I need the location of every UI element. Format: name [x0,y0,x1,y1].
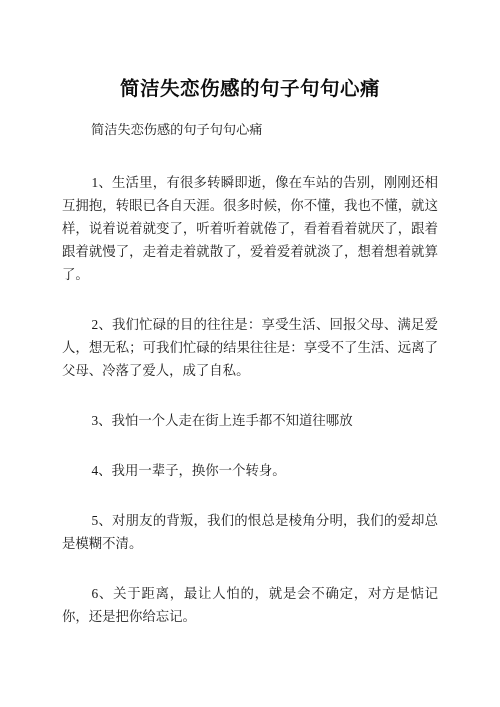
paragraph-3: 3、我怕一个人走在街上连手都不知道往哪放 [62,409,438,432]
page-title: 简洁失恋伤感的句子句句心痛 [62,76,438,102]
document-body: 1、生活里，有很多转瞬即逝，像在车站的告别，刚刚还相互拥抱，转眼已各自天涯。很多… [62,171,438,628]
paragraph-5: 5、对朋友的背叛，我们的恨总是棱角分明，我们的爱却总是模糊不清。 [62,509,438,555]
paragraph-1: 1、生活里，有很多转瞬即逝，像在车站的告别，刚刚还相互拥抱，转眼已各自天涯。很多… [62,171,438,286]
paragraph-4: 4、我用一辈子，换你一个转身。 [62,459,438,482]
document-page: 简洁失恋伤感的句子句句心痛 简洁失恋伤感的句子句句心痛 1、生活里，有很多转瞬即… [0,0,500,707]
paragraph-2: 2、我们忙碌的目的往往是：享受生活、回报父母、满足爱人，想无私；可我们忙碌的结果… [62,313,438,382]
document-subtitle: 简洁失恋伤感的句子句句心痛 [62,118,438,141]
paragraph-6: 6、关于距离，最让人怕的，就是会不确定，对方是惦记你，还是把你给忘记。 [62,582,438,628]
